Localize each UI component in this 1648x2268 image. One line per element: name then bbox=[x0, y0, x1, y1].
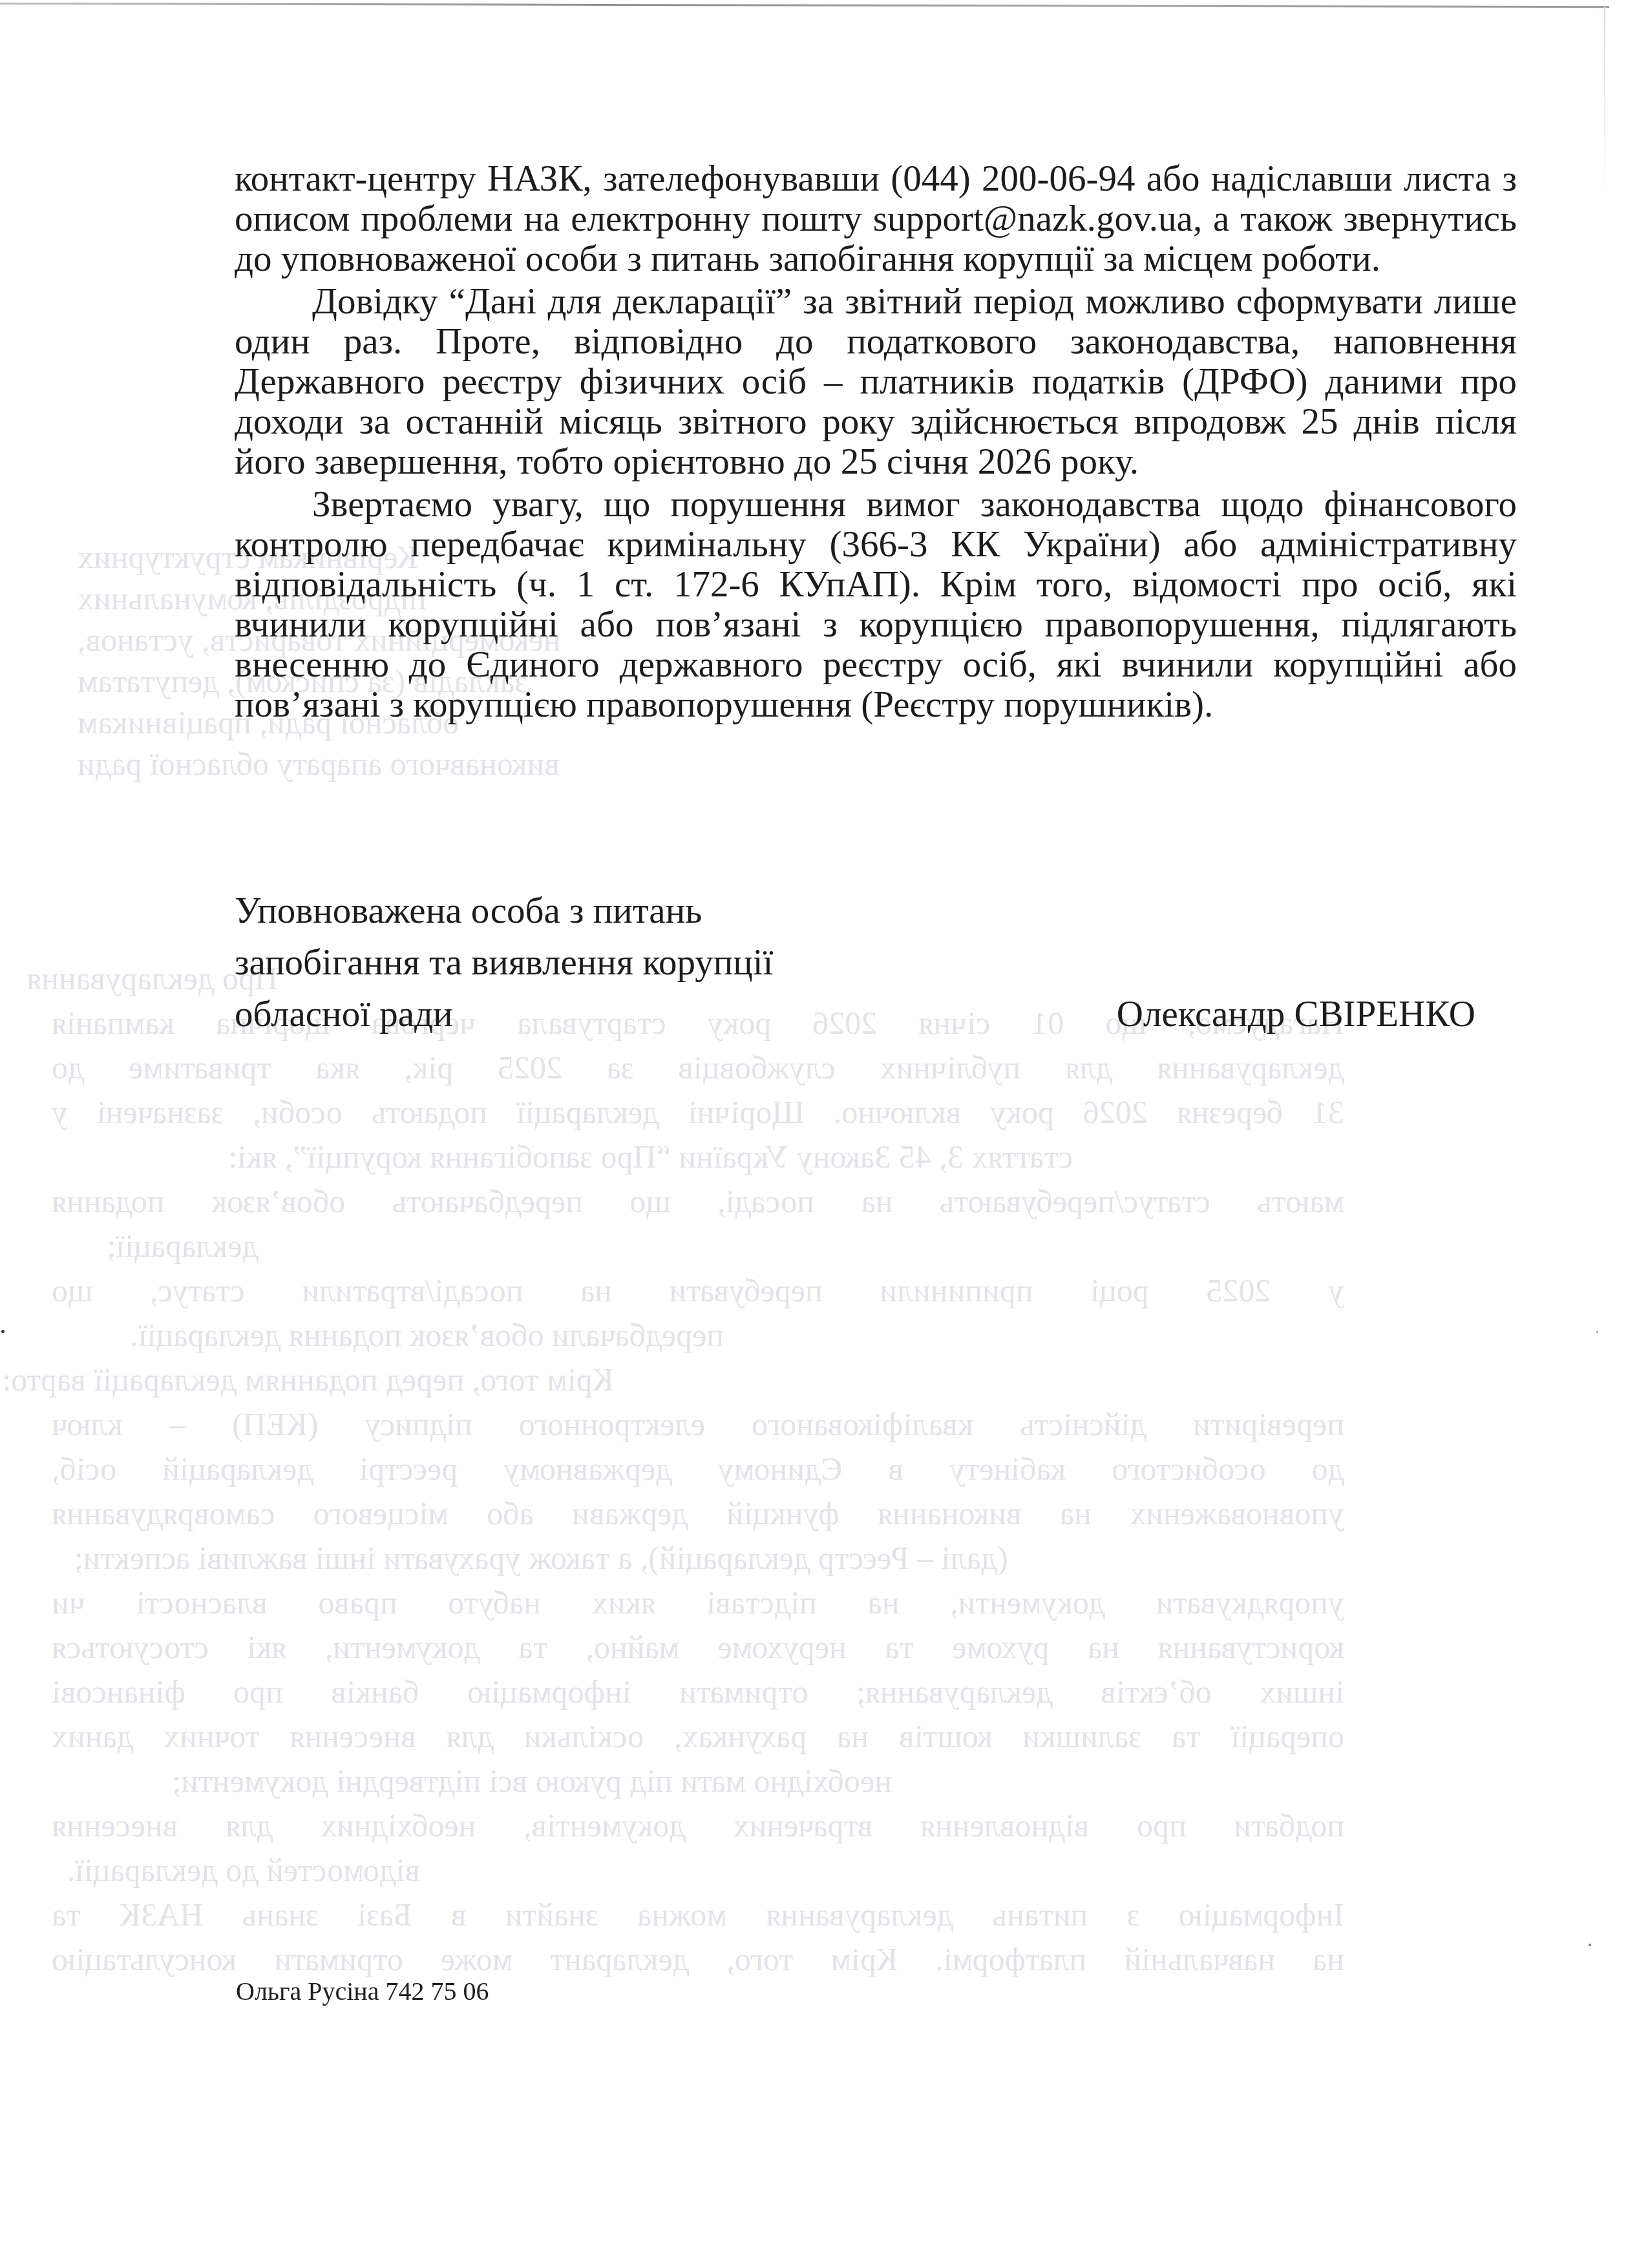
ghost-line: уповноважених на виконання функцій держа… bbox=[52, 1491, 1344, 1536]
paragraph-declaration-data: Довідку “Дані для декларації” за звітний… bbox=[235, 282, 1517, 482]
scan-right-edge bbox=[1604, 6, 1605, 200]
ghost-line: операції та залишки коштів на рахунках, … bbox=[52, 1714, 1344, 1759]
ghost-line: 31 березня 2026 року включно. Щорічні де… bbox=[52, 1090, 1344, 1135]
ghost-line: на навчальній платформі. Крім того, декл… bbox=[52, 1937, 1344, 1982]
ghost-line: мають статус/перебувають на посаді, що п… bbox=[52, 1179, 1344, 1224]
ghost-line: перевірити дійсність кваліфікованого еле… bbox=[52, 1402, 1344, 1447]
signatory-position-line: Уповноважена особа з питань bbox=[235, 885, 1475, 937]
ghost-line: декларування для публічних службовців за… bbox=[52, 1045, 1344, 1090]
ghost-line: відомостей до декларації. bbox=[52, 1848, 1344, 1893]
scan-speck bbox=[1596, 1331, 1598, 1333]
ghost-line: (далі – Реєстр декларацій), а також урах… bbox=[52, 1536, 1344, 1580]
ghost-line: до особистого кабінету в Єдиному державн… bbox=[52, 1447, 1344, 1491]
ghost-line: статтях 3, 45 Закону України “Про запобі… bbox=[52, 1135, 1344, 1179]
ghost-line: у 2025 році припинили перебувати на поса… bbox=[52, 1268, 1344, 1313]
ghost-line: Крім того, перед поданням декларації вар… bbox=[52, 1358, 1344, 1402]
signatory-position-line: обласної ради bbox=[235, 989, 453, 1040]
scan-top-edge bbox=[0, 3, 1609, 8]
signature-block: Уповноважена особа з питань запобігання … bbox=[235, 885, 1475, 1040]
ghost-line: виконавчого апарату обласної ради bbox=[78, 743, 659, 784]
scan-speck bbox=[1589, 1944, 1591, 1946]
ghost-line: декларації; bbox=[52, 1224, 1344, 1268]
signatory-name: Олександр СВІРЕНКО bbox=[1117, 989, 1475, 1040]
letter-body: контакт-центру НАЗК, зателефонувавши (04… bbox=[235, 159, 1517, 725]
executor-contact-note: Ольга Русіна 742 75 06 bbox=[236, 1976, 489, 2006]
ghost-line: подбати про відновлення втрачених докуме… bbox=[52, 1803, 1344, 1848]
bleed-through-main-text: Про декларування Нагадуємо, що 01 січня … bbox=[52, 956, 1344, 1982]
ghost-line: упорядкувати документи, на підставі яких… bbox=[52, 1580, 1344, 1625]
scan-speck bbox=[1, 1330, 5, 1333]
ghost-line: Інформацію з питань декларування можна з… bbox=[52, 1893, 1344, 1937]
ghost-line: необхідно мати під рукою всі підтвердні … bbox=[52, 1759, 1344, 1803]
ghost-line: передбачали обов’язок подання декларації… bbox=[52, 1313, 1344, 1358]
ghost-line: користування на рухоме та нерухоме майно… bbox=[52, 1625, 1344, 1670]
ghost-line: інших об’єктів декларування; отримати ін… bbox=[52, 1670, 1344, 1714]
paragraph-contact-info: контакт-центру НАЗК, зателефонувавши (04… bbox=[235, 159, 1517, 279]
paragraph-liability-warning: Звертаємо увагу, що порушення вимог зако… bbox=[235, 485, 1517, 725]
signatory-position-line: запобігання та виявлення корупції bbox=[235, 937, 1475, 989]
